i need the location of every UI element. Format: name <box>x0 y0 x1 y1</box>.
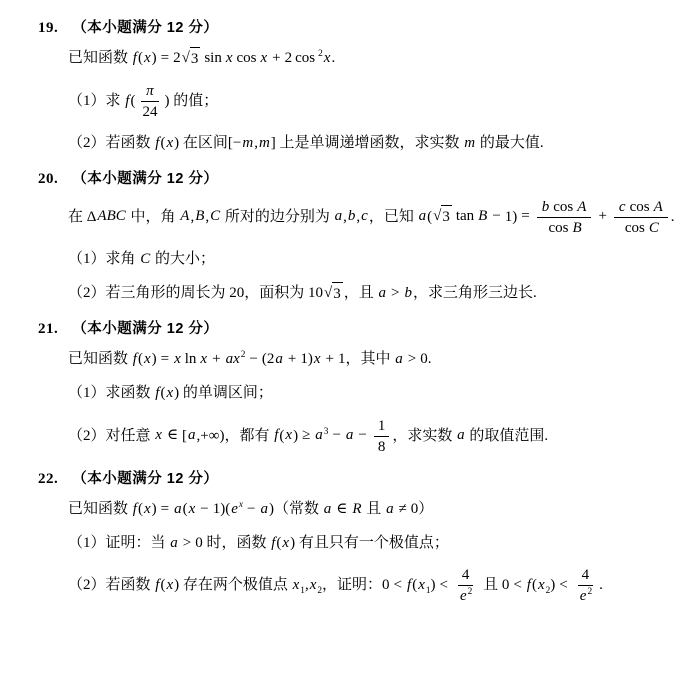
text-token: ) <box>431 577 436 593</box>
text-token: x <box>199 351 208 367</box>
text-token: x <box>143 50 152 66</box>
text-token: Δ <box>87 208 97 224</box>
text-token: x <box>165 385 174 401</box>
text-token: x <box>284 427 293 443</box>
problem-title: （本小题满分 12 分） <box>72 20 218 36</box>
text-token: cos <box>292 50 318 66</box>
text-token: 3 <box>191 51 199 67</box>
text-token: (2 <box>262 351 275 367</box>
problem-title: （本小题满分 12 分） <box>72 321 218 337</box>
text-token: a <box>274 351 284 367</box>
text-token: x <box>188 501 197 517</box>
text-token: 4 <box>462 567 470 583</box>
problem-title: （本小题满分 12 分） <box>72 471 218 487</box>
problem-19: 19.（本小题满分 12 分）已知函数 f(x)=2√3sinxcosx+2co… <box>38 16 668 156</box>
text-token: a <box>314 427 324 443</box>
text-token: 0 <box>382 577 390 593</box>
text-token: A <box>653 199 664 215</box>
fraction-numerator: bcosA <box>537 198 592 218</box>
text-token: 上是单调递增函数，求实数 <box>276 135 464 151</box>
text-token: + <box>268 50 284 66</box>
text-token: + <box>208 351 224 367</box>
text-token: 10 <box>308 285 323 301</box>
fraction: 4e2 <box>455 566 476 605</box>
text-token: . <box>428 351 432 367</box>
text-token: x <box>165 135 174 151</box>
problem-line: （1）求函数 f(x) 的单调区间； <box>38 382 668 405</box>
problem-number: 22. <box>38 471 58 487</box>
problem-line: 已知函数 f(x)=xlnx+ax2−(2a+1)x+1，其中 a>0. <box>38 348 668 371</box>
text-token: （2）对任意 <box>68 427 154 443</box>
text-token: ) <box>152 50 157 66</box>
problem-header: 20.（本小题满分 12 分） <box>38 167 668 188</box>
text-token: x <box>225 50 234 66</box>
text-token: B <box>194 208 205 224</box>
fraction: π24 <box>138 82 161 121</box>
fraction: bcosAcosB <box>537 198 592 237</box>
problem-number: 20. <box>38 171 58 187</box>
text-token: > <box>179 535 195 551</box>
text-token: 在区间 <box>179 135 228 151</box>
text-token: a <box>418 208 428 224</box>
text-token: 8 <box>378 439 386 455</box>
fraction-denominator: e2 <box>455 586 476 605</box>
radical: √3 <box>182 47 201 71</box>
problem-title: （本小题满分 12 分） <box>72 171 218 187</box>
text-token: = <box>157 351 173 367</box>
text-token: m <box>258 135 271 151</box>
text-token: a <box>456 427 466 443</box>
text-token: b <box>347 208 357 224</box>
text-token: ，都有 <box>224 427 273 443</box>
text-token: ，且 <box>344 285 378 301</box>
text-token: a <box>323 501 333 517</box>
text-token: − <box>354 427 370 443</box>
text-token: − <box>243 501 259 517</box>
text-token: . <box>671 208 675 224</box>
text-token: 已知函数 <box>68 50 132 66</box>
text-token: ，求三角形三边长. <box>413 285 537 301</box>
text-token: b <box>404 285 414 301</box>
text-token: x <box>143 351 152 367</box>
text-token: − <box>196 501 212 517</box>
text-token: 3 <box>333 286 341 302</box>
text-token: x <box>154 427 163 443</box>
text-token: x <box>260 50 269 66</box>
superscript: 2 <box>468 587 473 597</box>
text-token: a <box>334 208 344 224</box>
fraction-denominator: 8 <box>374 437 390 456</box>
text-token: m <box>463 135 476 151</box>
problem-line: （1）求 f(π24) 的值； <box>38 82 668 121</box>
problem-line: （1）求角 C 的大小； <box>38 248 668 271</box>
text-token: 的单调区间； <box>179 385 273 401</box>
text-token: （1）求角 <box>68 251 139 267</box>
problem-line: （2）若三角形的周长为 20，面积为 10√3，且 a>b，求三角形三边长. <box>38 282 668 306</box>
text-token: 0 <box>420 351 428 367</box>
radical-body: 3 <box>190 47 201 71</box>
text-token: x <box>537 577 546 593</box>
text-token: 的最大值. <box>476 135 544 151</box>
text-token: 的值； <box>169 93 218 109</box>
text-token: 有且只有一个极值点； <box>295 535 449 551</box>
superscript: 2 <box>587 587 592 597</box>
text-token: a <box>394 351 404 367</box>
fraction-numerator: ccosA <box>614 198 668 218</box>
text-token: > <box>404 351 420 367</box>
text-token: a <box>378 285 388 301</box>
text-token: ) <box>152 351 157 367</box>
text-token: ( <box>130 93 135 109</box>
text-token: ，其中 <box>345 351 394 367</box>
text-token: x <box>143 501 152 517</box>
text-token: 已知函数 <box>68 501 132 517</box>
text-token: c <box>618 199 627 215</box>
text-token: C <box>209 208 221 224</box>
text-token: 4 <box>582 567 590 583</box>
text-token: = <box>157 50 173 66</box>
text-token: ，求实数 <box>392 427 456 443</box>
text-token: 且 <box>363 501 386 517</box>
fraction-denominator: cosB <box>542 218 587 237</box>
text-token: x <box>173 351 182 367</box>
text-token: 的大小； <box>151 251 215 267</box>
problem-line: 已知函数 f(x)=2√3sinxcosx+2cos2x. <box>38 47 668 71</box>
problem-number: 19. <box>38 20 58 36</box>
text-token: cos <box>234 50 260 66</box>
problem-header: 22.（本小题满分 12 分） <box>38 467 668 488</box>
text-token: < <box>390 577 406 593</box>
problem-header: 21.（本小题满分 12 分） <box>38 317 668 338</box>
text-token: < <box>555 577 571 593</box>
text-token: b <box>541 199 551 215</box>
text-token: 1) <box>505 208 518 224</box>
fraction: 18 <box>374 417 390 456</box>
text-token: m <box>241 135 254 151</box>
text-token: 时，函数 <box>203 535 271 551</box>
text-token: R <box>351 501 362 517</box>
text-token: a <box>173 501 183 517</box>
text-token: − <box>488 208 504 224</box>
text-token: ，证明： <box>322 577 382 593</box>
text-token: ,+∞) <box>197 427 225 443</box>
text-token: 所对的边分别为 <box>221 208 334 224</box>
problem-header: 19.（本小题满分 12 分） <box>38 16 668 37</box>
problem-line: （1）证明：当 a>0 时，函数 f(x) 有且只有一个极值点； <box>38 532 668 555</box>
text-token: （2）若函数 <box>68 577 154 593</box>
text-token: 24 <box>142 104 157 120</box>
text-token: ( <box>427 208 432 224</box>
problem-20: 20.（本小题满分 12 分）在 ΔABC 中，角 A,B,C 所对的边分别为 … <box>38 167 668 307</box>
text-token: ≥ <box>298 427 314 443</box>
text-token: < <box>509 577 525 593</box>
text-token: x <box>417 577 426 593</box>
text-token: （1）证明：当 <box>68 535 169 551</box>
text-token: x <box>292 577 301 593</box>
text-token: 0 <box>195 535 203 551</box>
text-token: 2 <box>173 50 181 66</box>
text-token: （2）若三角形的周长为 <box>68 285 229 301</box>
text-token: 已知函数 <box>68 351 132 367</box>
text-token: ) <box>152 501 157 517</box>
text-token: x <box>313 351 322 367</box>
text-token: + <box>594 208 610 224</box>
fraction-denominator: 24 <box>138 102 161 121</box>
text-token: < <box>436 577 452 593</box>
text-token: cos <box>627 199 653 215</box>
text-token: ln <box>182 351 200 367</box>
text-token: 1) <box>300 351 313 367</box>
text-token: 3 <box>442 209 450 225</box>
problem-line: （2）若函数 f(x) 存在两个极值点 x1,x2，证明：0<f(x1)<4e2… <box>38 566 668 605</box>
problem-line: 在 ΔABC 中，角 A,B,C 所对的边分别为 a,b,c，已知 a(√3ta… <box>38 198 668 237</box>
radical-body: 3 <box>332 282 343 306</box>
radical: √3 <box>324 282 343 306</box>
text-token: − <box>245 351 261 367</box>
radical: √3 <box>433 205 452 229</box>
text-token: x <box>165 577 174 593</box>
text-token: ，已知 <box>369 208 418 224</box>
text-token: ，面积为 <box>244 285 308 301</box>
text-token: （1）求函数 <box>68 385 154 401</box>
text-token: tan <box>453 208 477 224</box>
text-token: − <box>328 427 344 443</box>
text-token: B <box>572 220 583 236</box>
text-token: C <box>139 251 151 267</box>
problem-number: 21. <box>38 321 58 337</box>
text-token: a <box>385 501 395 517</box>
fraction-denominator: e2 <box>575 586 596 605</box>
text-token: a <box>345 427 355 443</box>
problem-line: （2）若函数 f(x) 在区间[−m,m] 上是单调递增函数，求实数 m 的最大… <box>38 132 668 155</box>
text-token: a <box>260 501 270 517</box>
text-token: + <box>322 351 338 367</box>
text-token: C <box>648 220 660 236</box>
text-token: A <box>179 208 190 224</box>
text-token: B <box>477 208 488 224</box>
text-token: . <box>599 577 603 593</box>
problem-line: （2）对任意 x∈[a,+∞)，都有 f(x)≥a3−a−18，求实数 a 的取… <box>38 417 668 456</box>
problem-22: 22.（本小题满分 12 分）已知函数 f(x)=a(x−1)(ex−a)（常数… <box>38 467 668 606</box>
fraction-denominator: cosC <box>618 218 664 237</box>
text-token: ABC <box>96 208 126 224</box>
text-token: sin <box>201 50 225 66</box>
radical-sign: √ <box>324 282 332 305</box>
document-page: 19.（本小题满分 12 分）已知函数 f(x)=2√3sinxcosx+2co… <box>0 0 682 605</box>
fraction: ccosAcosC <box>614 198 668 237</box>
radical-sign: √ <box>182 47 190 70</box>
text-token: ∈ <box>332 501 351 517</box>
text-token: > <box>387 285 403 301</box>
text-token: ≠ <box>395 501 411 517</box>
text-token: （常数 <box>274 501 323 517</box>
text-token: ax <box>225 351 241 367</box>
text-token: （2）若函数 <box>68 135 154 151</box>
text-token: （1）求 <box>68 93 124 109</box>
text-token: e <box>459 588 468 604</box>
text-token: A <box>576 199 587 215</box>
text-token: cos <box>546 220 572 236</box>
text-token: π <box>145 83 155 99</box>
text-token: ） <box>418 501 433 517</box>
radical-sign: √ <box>433 205 441 228</box>
problem-line: 已知函数 f(x)=a(x−1)(ex−a)（常数 a∈R 且 a≠0） <box>38 498 668 521</box>
text-token: . <box>331 50 335 66</box>
problem-21: 21.（本小题满分 12 分）已知函数 f(x)=xlnx+ax2−(2a+1)… <box>38 317 668 456</box>
text-token: = <box>157 501 173 517</box>
problems: 19.（本小题满分 12 分）已知函数 f(x)=2√3sinxcosx+2co… <box>38 16 668 605</box>
text-token: 的取值范围. <box>466 427 549 443</box>
text-token: 20 <box>229 285 244 301</box>
text-token: + <box>284 351 300 367</box>
text-token: 在 <box>68 208 87 224</box>
text-token: 存在两个极值点 <box>179 577 292 593</box>
text-token: = <box>517 208 533 224</box>
text-token: 1)( <box>213 501 231 517</box>
radical-body: 3 <box>441 205 452 229</box>
fraction-numerator: 4 <box>458 566 474 586</box>
text-token: c <box>360 208 369 224</box>
fraction-numerator: 1 <box>374 417 390 437</box>
fraction-numerator: π <box>141 82 159 102</box>
text-token: ∈ <box>163 427 182 443</box>
text-token: ( <box>183 501 188 517</box>
text-token: 中，角 <box>127 208 180 224</box>
text-token: [− <box>228 135 241 151</box>
text-token: cos <box>622 220 648 236</box>
text-token: cos <box>550 199 576 215</box>
text-token: a <box>169 535 179 551</box>
text-token: x <box>281 535 290 551</box>
text-token: e <box>230 501 239 517</box>
fraction: 4e2 <box>575 566 596 605</box>
fraction-numerator: 4 <box>578 566 594 586</box>
text-token: a <box>187 427 197 443</box>
text-token: 1 <box>378 418 386 434</box>
text-token: 且 <box>479 577 502 593</box>
